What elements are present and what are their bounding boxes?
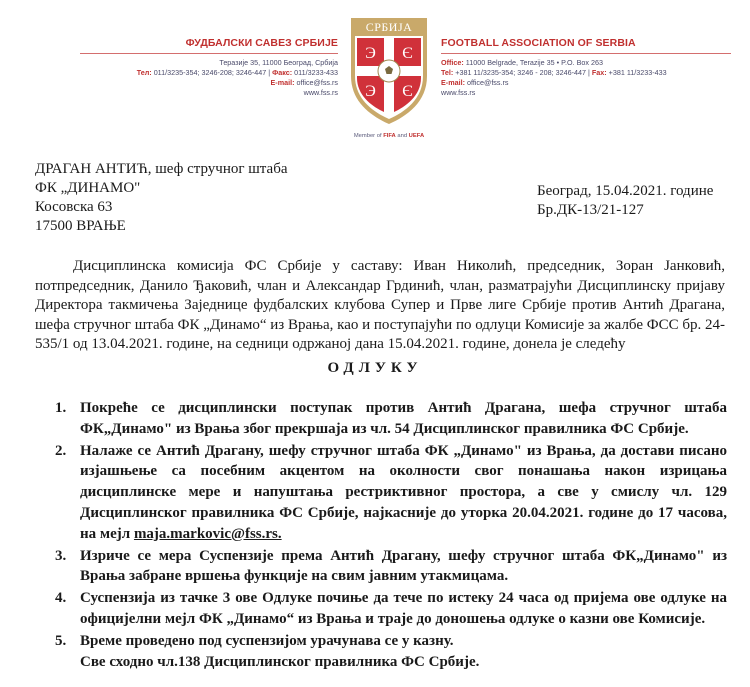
item-text: Суспензија из тачке 3 ове Одлуке почиње … (80, 590, 727, 627)
membership-note: Member of FIFA and UEFA (345, 133, 433, 139)
email-serbian: E-mail: office@fss.rs (80, 78, 338, 88)
reference-number: Бр.ДК-13/21-127 (537, 201, 713, 220)
org-name-serbian: ФУДБАЛСКИ САВЕЗ СРБИЈЕ (80, 37, 338, 50)
item-number: 3. (55, 546, 66, 567)
recipient-name: ДРАГАН АНТИЋ, шеф стручног штаба (35, 160, 288, 179)
letterhead-serbian: ФУДБАЛСКИ САВЕЗ СРБИЈЕ Теразије 35, 1100… (80, 37, 338, 98)
office-value: 11000 Belgrade, Terazije 35 • P.O. Box 2… (466, 58, 603, 67)
letterhead-divider (441, 53, 731, 54)
email-label: E-mail: (441, 78, 465, 87)
decision-item: 3. Изриче се мера Суспензије према Антић… (55, 546, 727, 588)
fax-value: 011/3233-433 (294, 68, 338, 77)
tel-label: Тел: (137, 68, 152, 77)
item-text: Време проведено под суспензијом урачунав… (80, 633, 453, 649)
decision-item: 5. Време проведено под суспензијом урачу… (55, 631, 727, 673)
fax-label: Факс: (272, 68, 292, 77)
office-label: Office: (441, 58, 464, 67)
website-english[interactable]: www.fss.rs (441, 88, 731, 98)
place-date: Београд, 15.04.2021. године (537, 182, 713, 201)
tel-label: Tel: (441, 68, 453, 77)
item-text: Покреће се дисциплински поступак против … (80, 400, 727, 437)
email-value[interactable]: office@fss.rs (467, 78, 509, 87)
recipient-city: 17500 ВРАЊЕ (35, 217, 288, 236)
website-serbian[interactable]: www.fss.rs (80, 88, 338, 98)
item-closing-text: Све сходно чл.138 Дисциплинског правилни… (80, 652, 727, 673)
item-number: 1. (55, 398, 66, 419)
svg-text:Є: Є (402, 45, 413, 62)
decision-item: 1. Покреће се дисциплински поступак прот… (55, 398, 727, 440)
item-number: 4. (55, 588, 66, 609)
svg-text:Э: Э (365, 45, 376, 62)
item-number: 5. (55, 631, 66, 652)
letterhead-divider (80, 53, 338, 54)
org-name-english: FOOTBALL ASSOCIATION OF SERBIA (441, 37, 731, 50)
decision-list: 1. Покреће се дисциплински поступак прот… (55, 398, 727, 673)
tel-value: 011/3235-354; 3246-208; 3246-447 | (154, 68, 270, 77)
office-english: Office: 11000 Belgrade, Terazije 35 • P.… (441, 58, 731, 68)
email-english: E-mail: office@fss.rs (441, 78, 731, 88)
address-serbian: Теразије 35, 11000 Београд, Србија (80, 58, 338, 68)
phone-fax-serbian: Тел: 011/3235-354; 3246-208; 3246-447 | … (80, 68, 338, 78)
fss-crest-icon: СРБИЈА Э Є Э Є (345, 14, 433, 126)
email-value[interactable]: office@fss.rs (296, 78, 338, 87)
letterhead-english: FOOTBALL ASSOCIATION OF SERBIA Office: 1… (441, 37, 731, 98)
intro-paragraph: Дисциплинска комисија ФС Србије у састав… (35, 257, 725, 355)
item-text: Изриче се мера Суспензије према Антић Др… (80, 548, 727, 585)
item-number: 2. (55, 441, 66, 462)
fax-label: Fax: (592, 68, 607, 77)
svg-text:СРБИЈА: СРБИЈА (366, 20, 413, 34)
email-label: E-mail: (271, 78, 295, 87)
recipient-street: Косовска 63 (35, 198, 288, 217)
fifa-label: FIFA (383, 133, 396, 139)
recipient-club: ФК „ДИНАМО" (35, 179, 288, 198)
tel-value: +381 11/3235-354; 3246 - 208; 3246-447 | (455, 68, 590, 77)
fax-value: +381 11/3233-433 (609, 68, 667, 77)
phone-fax-english: Tel: +381 11/3235-354; 3246 - 208; 3246-… (441, 68, 731, 78)
uefa-label: UEFA (409, 133, 424, 139)
date-reference-block: Београд, 15.04.2021. године Бр.ДК-13/21-… (537, 182, 713, 220)
decision-item: 2. Налаже се Антић Драгану, шефу стручно… (55, 441, 727, 545)
decision-heading: ОДЛУКУ (0, 360, 750, 377)
svg-text:Э: Э (365, 83, 376, 100)
email-link[interactable]: maja.markovic@fss.rs. (134, 526, 282, 542)
svg-text:Є: Є (402, 83, 413, 100)
recipient-address: ДРАГАН АНТИЋ, шеф стручног штаба ФК „ДИН… (35, 160, 288, 236)
decision-item: 4. Суспензија из тачке 3 ове Одлуке почи… (55, 588, 727, 630)
